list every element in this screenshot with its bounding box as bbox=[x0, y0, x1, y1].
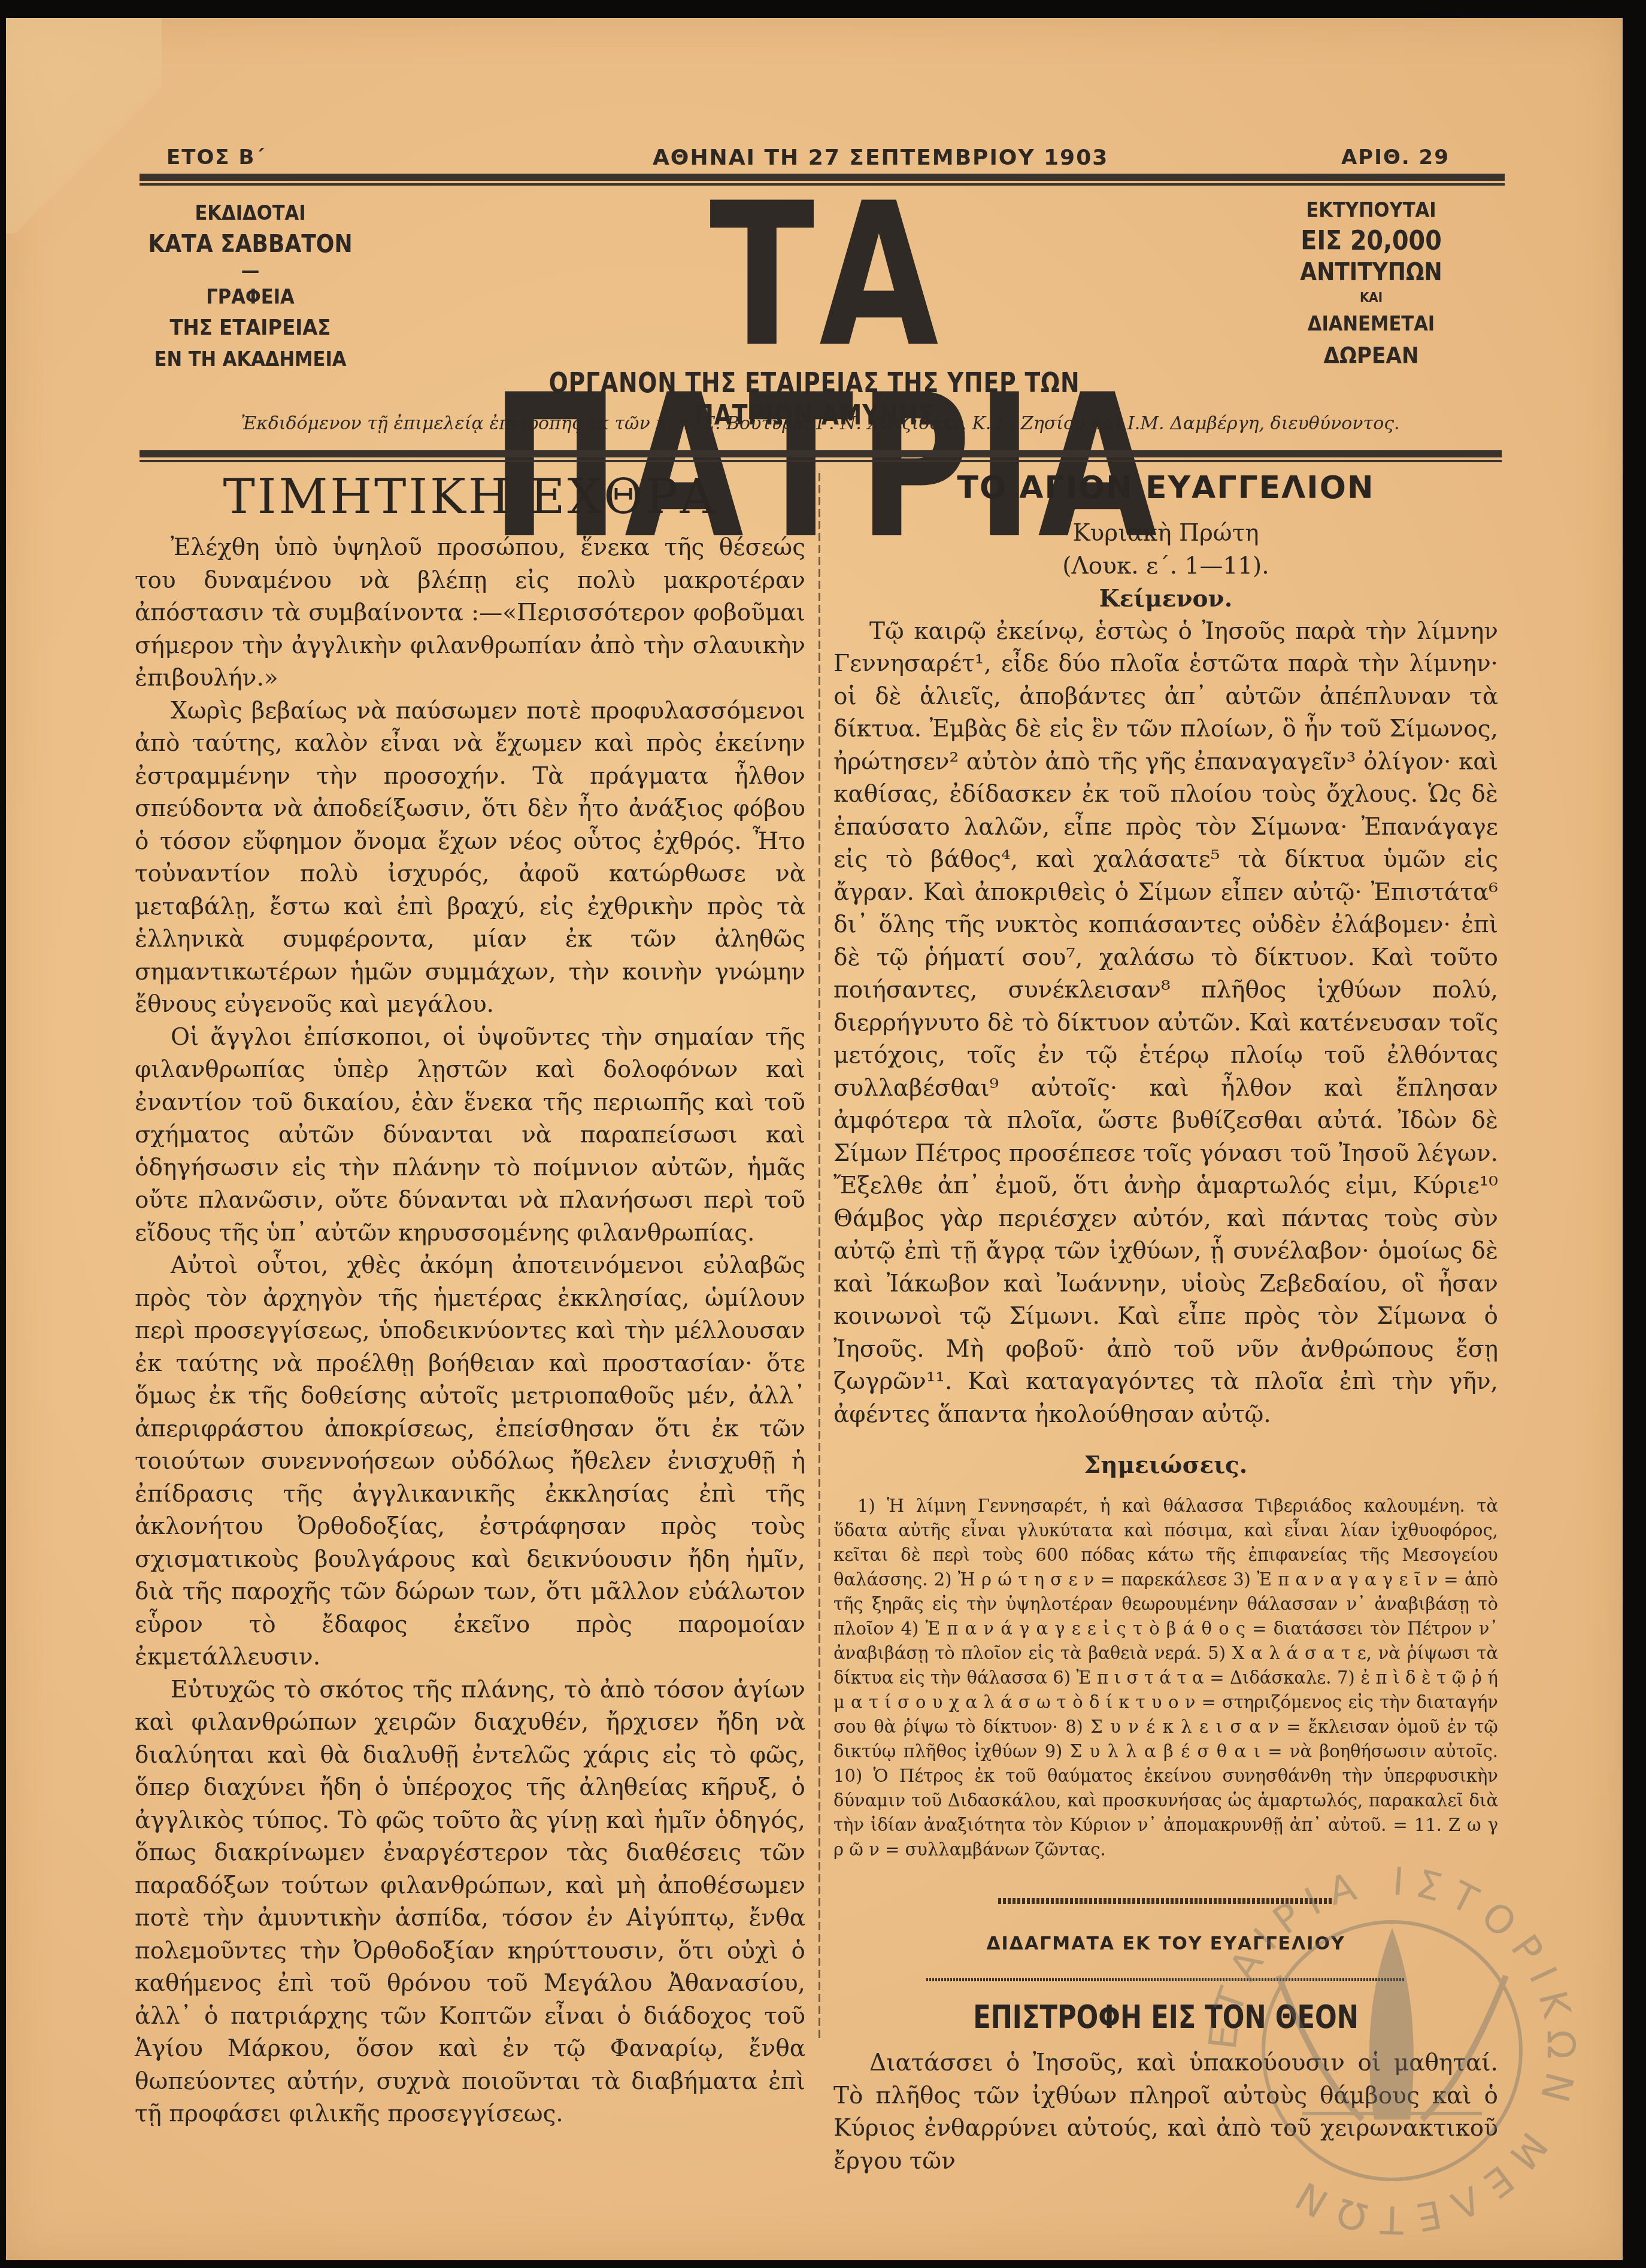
right-block-line: ΔΙΑΝΕΜΕΤΑΙ bbox=[1263, 308, 1479, 339]
gospel-day: Κυριακὴ Πρώτη bbox=[833, 517, 1498, 550]
left-block-line: ΤΗΣ ΕΤΑΙΡΕΙΑΣ bbox=[137, 313, 364, 344]
issue-number: ΑΡΙΘ. 29 bbox=[1341, 145, 1450, 169]
newspaper-title: ΤΑ ΠΑΤΡΙΑ bbox=[490, 180, 1162, 371]
notes-text: 1) Ἡ λίμνη Γεννησαρέτ, ἡ καὶ θάλασσα Τιβ… bbox=[833, 1494, 1498, 1862]
article-paragraph: Αὐτοὶ οὗτοι, χθὲς ἀκόμη ἀποτεινόμενοι εὐ… bbox=[135, 1250, 805, 1674]
gospel-title: ΤΟ ΑΓΙΟΝ ΕΥΑΓΓΕΛΙΟΝ bbox=[833, 467, 1498, 509]
publication-info-block: ΕΚΔΙΔΟΤΑΙ ΚΑΤΑ ΣΑΒΒΑΤΟΝ — ΓΡΑΦΕΙΑ ΤΗΣ ΕΤ… bbox=[137, 198, 364, 375]
editors-line: Ἐκδιδόμενον τῇ ἐπιμελείᾳ ἐπιτροπῆς ἐκ τῶ… bbox=[180, 413, 1461, 434]
gospel-reference: (Λουκ. ε΄. 1—11). bbox=[833, 550, 1498, 583]
right-block-line: ΔΩΡΕΑΝ bbox=[1263, 339, 1479, 371]
right-block-line: ΑΝΤΙΤΥΠΩΝ bbox=[1263, 257, 1479, 288]
article-title: ΤΙΜΗΤΙΚΗ ΕΧΘΡΑ bbox=[135, 467, 805, 527]
gospel-text-label: Κείμενον. bbox=[833, 583, 1498, 615]
year-label: ΕΤΟΣ Β΄ bbox=[166, 145, 265, 169]
sermon-section-label: ΔΙΔΑΓΜΑΤΑ ΕΚ ΤΟΥ ΕΥΑΓΓΕΛΙΟΥ bbox=[833, 1928, 1498, 1961]
right-block-line: ΚΑΙ bbox=[1263, 288, 1479, 308]
sermon-title: ΕΠΙΣΤΡΟΦΗ ΕΙΣ ΤΟΝ ΘΕΟΝ bbox=[900, 1993, 1432, 2041]
left-block-line: ΕΚΔΙΔΟΤΑΙ bbox=[137, 198, 364, 229]
sermon-text: Διατάσσει ὁ Ἰησοῦς, καὶ ὑπακούουσιν οἱ μ… bbox=[833, 2047, 1498, 2178]
left-block-line: ΚΑΤΑ ΣΑΒΒΑΤΟΝ bbox=[137, 229, 364, 260]
notes-label: Σημειώσεις. bbox=[833, 1449, 1498, 1482]
left-block-line: ΓΡΑΦΕΙΑ bbox=[137, 281, 364, 313]
left-column: ΤΙΜΗΤΙΚΗ ΕΧΘΡΑ Ἐλέχθη ὑπὸ ὑψηλοῦ προσώπο… bbox=[135, 467, 805, 2131]
dotted-separator bbox=[926, 1978, 1405, 1981]
gospel-text: Τῷ καιρῷ ἐκείνῳ, ἑστὼς ὁ Ἰησοῦς παρὰ τὴν… bbox=[833, 615, 1498, 1432]
circulation-info-block: ΕΚΤΥΠΟΥΤΑΙ ΕΙΣ 20,000 ΑΝΤΙΤΥΠΩΝ ΚΑΙ ΔΙΑΝ… bbox=[1263, 195, 1479, 371]
right-column: ΤΟ ΑΓΙΟΝ ΕΥΑΓΓΕΛΙΟΝ Κυριακὴ Πρώτη (Λουκ.… bbox=[833, 467, 1498, 2178]
right-block-line: ΕΙΣ 20,000 bbox=[1263, 226, 1479, 257]
left-block-line: ΕΝ ΤΗ ΑΚΑΔΗΜΕΙΑ bbox=[137, 344, 364, 375]
column-divider bbox=[819, 473, 820, 2042]
right-block-line: ΕΚΤΥΠΟΥΤΑΙ bbox=[1263, 195, 1479, 226]
article-paragraph: Χωρὶς βεβαίως νὰ παύσωμεν ποτὲ προφυλασσ… bbox=[135, 695, 805, 1021]
article-paragraph: Εὐτυχῶς τὸ σκότος τῆς πλάνης, τὸ ἀπὸ τόσ… bbox=[135, 1674, 805, 2131]
wavy-separator bbox=[998, 1898, 1333, 1904]
article-paragraph: Ἐλέχθη ὑπὸ ὑψηλοῦ προσώπου, ἕνεκα τῆς θέ… bbox=[135, 532, 805, 695]
article-paragraph: Οἱ ἄγγλοι ἐπίσκοποι, οἱ ὑψοῦντες τὴν σημ… bbox=[135, 1021, 805, 1250]
left-block-line: — bbox=[137, 260, 364, 281]
masthead-bottom-rule bbox=[140, 450, 1502, 463]
notes-block: 1) Ἡ λίμνη Γεννησαρέτ, ἡ καὶ θάλασσα Τιβ… bbox=[833, 1494, 1498, 1862]
